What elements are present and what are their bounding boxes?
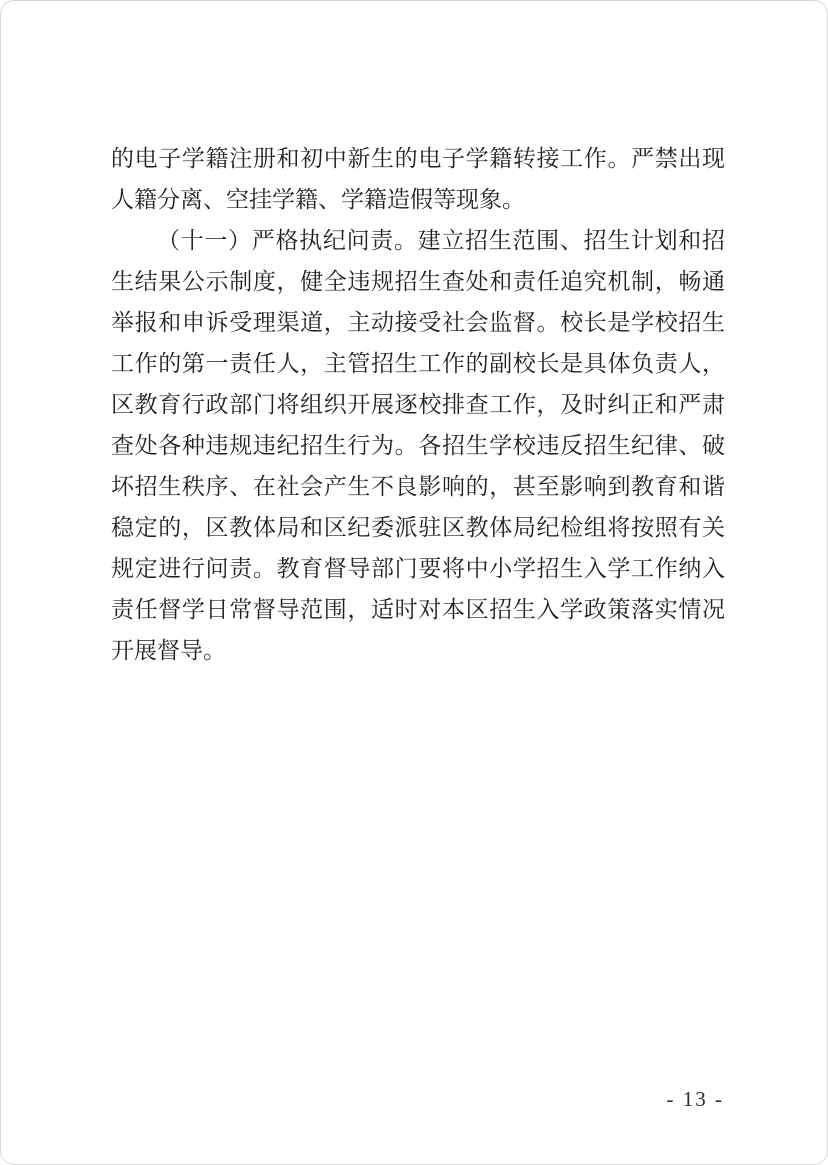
page-number: - 13 - [667, 1087, 725, 1111]
document-page: 的电子学籍注册和初中新生的电子学籍转接工作。严禁出现人籍分离、空挂学籍、学籍造假… [0, 0, 828, 1165]
document-text-block: 的电子学籍注册和初中新生的电子学籍转接工作。严禁出现人籍分离、空挂学籍、学籍造假… [111, 138, 725, 671]
paragraph-item-eleven: （十一）严格执纪问责。建立招生范围、招生计划和招生结果公示制度，健全违规招生查处… [111, 220, 725, 671]
paragraph-continuation: 的电子学籍注册和初中新生的电子学籍转接工作。严禁出现人籍分离、空挂学籍、学籍造假… [111, 138, 725, 220]
